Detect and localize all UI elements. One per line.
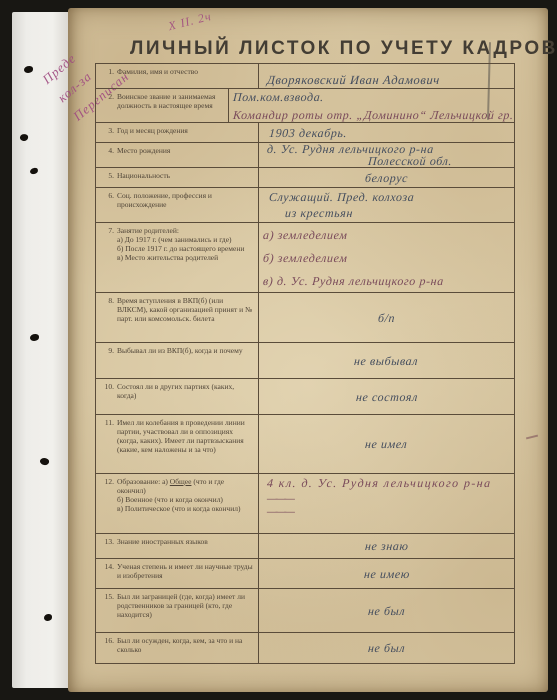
question-cell: 12.Образование: а) Общее (что и где окон…	[96, 474, 259, 533]
question-number: 5.	[101, 171, 114, 186]
form-row: 12.Образование: а) Общее (что и где окон…	[96, 474, 514, 534]
answer-text: Дворяковский Иван Адамович	[267, 73, 515, 87]
page-title: ЛИЧНЫЙ ЛИСТОК ПО УЧЕТУ КАДРОВ	[130, 38, 530, 60]
answer-text: Пом.ком.взвода.	[233, 90, 515, 104]
question-text: Соц. положение, профессия и происхождени…	[117, 191, 254, 221]
answer-cell: 4 кл. д. Ус. Рудня лельчицкого р-на—————…	[259, 474, 514, 533]
question-cell: 15.Был ли заграницей (где, когда) имеет …	[96, 589, 259, 632]
question-number: 7.	[101, 226, 114, 291]
underlying-page-edge	[12, 12, 70, 688]
question-text: Занятие родителей: а) До 1917 г. (чем за…	[117, 226, 254, 291]
document-page: Преде кол-за Переписан X II. 2ч ЛИЧНЫЙ Л…	[68, 8, 548, 692]
form-row: 1.Фамилия, имя и отчествоДворяковский Ив…	[96, 64, 514, 89]
answer-cell: д. Ус. Рудня лельчицкого р-наПолесской о…	[259, 143, 514, 167]
question-number: 8.	[101, 296, 114, 341]
question-number: 15.	[101, 592, 114, 631]
answer-cell: а) земледелиемб) земледелиемв) д. Ус. Ру…	[259, 223, 514, 292]
answer-text: не выбывал	[354, 354, 419, 368]
question-number: 3.	[101, 126, 114, 141]
punch-hole	[44, 614, 52, 621]
form-row: 14.Ученая степень и имеет ли научные тру…	[96, 559, 514, 589]
question-cell: 16.Был ли осужден, когда, кем, за что и …	[96, 633, 259, 663]
form-row: 4.Место рожденияд. Ус. Рудня лельчицкого…	[96, 143, 514, 168]
answer-text: в) д. Ус. Рудня лельчицкого р-на	[263, 274, 515, 288]
answer-cell: не состоял	[259, 379, 514, 414]
form-row: 9.Выбывал ли из ВКП(б), когда и почемуне…	[96, 343, 514, 379]
answer-cell: не имею	[259, 559, 514, 588]
answer-text: а) земледелием	[263, 228, 515, 242]
question-text: Ученая степень и имеет ли научные труды …	[117, 562, 254, 587]
question-text: Год и месяц рождения	[117, 126, 254, 141]
question-cell: 6.Соц. положение, профессия и происхожде…	[96, 188, 259, 222]
answer-text: не был	[367, 604, 405, 618]
answer-cell: не имел	[259, 415, 514, 473]
question-cell: 13.Знание иностранных языков	[96, 534, 259, 558]
question-text: Был ли осужден, когда, кем, за что и на …	[117, 636, 254, 662]
form-row: 11.Имел ли колебания в проведении линии …	[96, 415, 514, 474]
form-row: 15.Был ли заграницей (где, когда) имеет …	[96, 589, 514, 633]
question-number: 10.	[101, 382, 114, 413]
question-number: 16.	[101, 636, 114, 662]
answer-cell: не был	[259, 589, 514, 632]
form-row: 16.Был ли осужден, когда, кем, за что и …	[96, 633, 514, 663]
answer-text: ———	[267, 506, 515, 516]
scan-background: Преде кол-за Переписан X II. 2ч ЛИЧНЫЙ Л…	[0, 0, 557, 700]
answer-text: из крестьян	[269, 206, 515, 220]
question-text: Место рождения	[117, 146, 254, 166]
punch-hole	[30, 334, 39, 341]
punch-hole	[24, 66, 33, 73]
personnel-form-table: 1.Фамилия, имя и отчествоДворяковский Ив…	[95, 63, 515, 664]
question-cell: 2.Воинское звание и занимаемая должность…	[96, 89, 229, 122]
form-row: 7.Занятие родителей: а) До 1917 г. (чем …	[96, 223, 514, 293]
question-text: Фамилия, имя и отчество	[117, 67, 254, 87]
answer-text: 4 кл. д. Ус. Рудня лельчицкого р-на	[267, 476, 515, 490]
question-number: 11.	[101, 418, 114, 472]
question-number: 1.	[101, 67, 114, 87]
answer-text: белорус	[364, 171, 408, 185]
question-text: Состоял ли в других партиях (каких, когд…	[117, 382, 254, 413]
form-row: 6.Соц. положение, профессия и происхожде…	[96, 188, 514, 223]
form-row: 10.Состоял ли в других партиях (каких, к…	[96, 379, 514, 415]
answer-text: Служащий. Пред. колхоза	[269, 190, 515, 204]
answer-cell: Служащий. Пред. колхозаиз крестьян	[259, 188, 514, 222]
answer-cell: белорус	[259, 168, 514, 187]
question-cell: 9.Выбывал ли из ВКП(б), когда и почему	[96, 343, 259, 378]
question-text: Воинское звание и занимаемая должность в…	[117, 92, 224, 121]
question-number: 6.	[101, 191, 114, 221]
question-text: Знание иностранных языков	[117, 537, 254, 557]
answer-text: 1903 декабрь.	[269, 126, 515, 140]
form-row: 13.Знание иностранных языковне знаю	[96, 534, 514, 559]
question-number: 2.	[101, 92, 114, 121]
answer-cell: Пом.ком.взвода.Командир роты отр. „Домин…	[229, 89, 514, 122]
question-text: Имел ли колебания в проведении линии пар…	[117, 418, 254, 472]
question-cell: 4.Место рождения	[96, 143, 259, 167]
answer-cell: не знаю	[259, 534, 514, 558]
form-row: 5.Национальностьбелорус	[96, 168, 514, 188]
margin-mark	[526, 435, 538, 440]
question-number: 4.	[101, 146, 114, 166]
answer-text: не имел	[365, 437, 408, 451]
form-row: 2.Воинское звание и занимаемая должность…	[96, 89, 514, 123]
answer-cell: не выбывал	[259, 343, 514, 378]
answer-text: не был	[367, 641, 405, 655]
question-text: Образование: а) Общее (что и где окончил…	[117, 477, 254, 532]
punch-hole	[19, 133, 29, 142]
form-row: 8.Время вступления в ВКП(б) (или ВЛКСМ),…	[96, 293, 514, 343]
handwritten-date-note: X II. 2ч	[167, 9, 213, 34]
question-cell: 5.Национальность	[96, 168, 259, 187]
answer-cell: б/п	[259, 293, 514, 342]
answer-text: не имею	[363, 567, 410, 581]
question-text: Был ли заграницей (где, когда) имеет ли …	[117, 592, 254, 631]
question-number: 9.	[101, 346, 114, 377]
answer-text: не знаю	[364, 539, 409, 553]
question-number: 14.	[101, 562, 114, 587]
question-text: Национальность	[117, 171, 254, 186]
question-number: 13.	[101, 537, 114, 557]
question-cell: 1.Фамилия, имя и отчество	[96, 64, 259, 88]
question-text: Время вступления в ВКП(б) (или ВЛКСМ), к…	[117, 296, 254, 341]
form-row: 3.Год и месяц рождения1903 декабрь.	[96, 123, 514, 143]
question-cell: 10.Состоял ли в других партиях (каких, к…	[96, 379, 259, 414]
punch-hole	[39, 457, 50, 467]
answer-cell: 1903 декабрь.	[259, 123, 514, 142]
question-cell: 14.Ученая степень и имеет ли научные тру…	[96, 559, 259, 588]
answer-text: ———	[267, 493, 515, 503]
question-cell: 11.Имел ли колебания в проведении линии …	[96, 415, 259, 473]
answer-text: не состоял	[355, 390, 418, 404]
answer-cell: не был	[259, 633, 514, 663]
answer-text: Полесской обл.	[328, 155, 453, 167]
punch-hole	[30, 167, 39, 174]
answer-text: б/п	[377, 311, 395, 325]
question-cell: 7.Занятие родителей: а) До 1917 г. (чем …	[96, 223, 259, 292]
question-cell: 3.Год и месяц рождения	[96, 123, 259, 142]
question-number: 12.	[101, 477, 114, 532]
question-text: Выбывал ли из ВКП(б), когда и почему	[117, 346, 254, 377]
answer-text: Командир роты отр. „Доминино“ Лельчицкой…	[233, 108, 515, 122]
answer-cell: Дворяковский Иван Адамович	[259, 64, 514, 88]
answer-text: б) земледелием	[263, 251, 515, 265]
question-cell: 8.Время вступления в ВКП(б) (или ВЛКСМ),…	[96, 293, 259, 342]
